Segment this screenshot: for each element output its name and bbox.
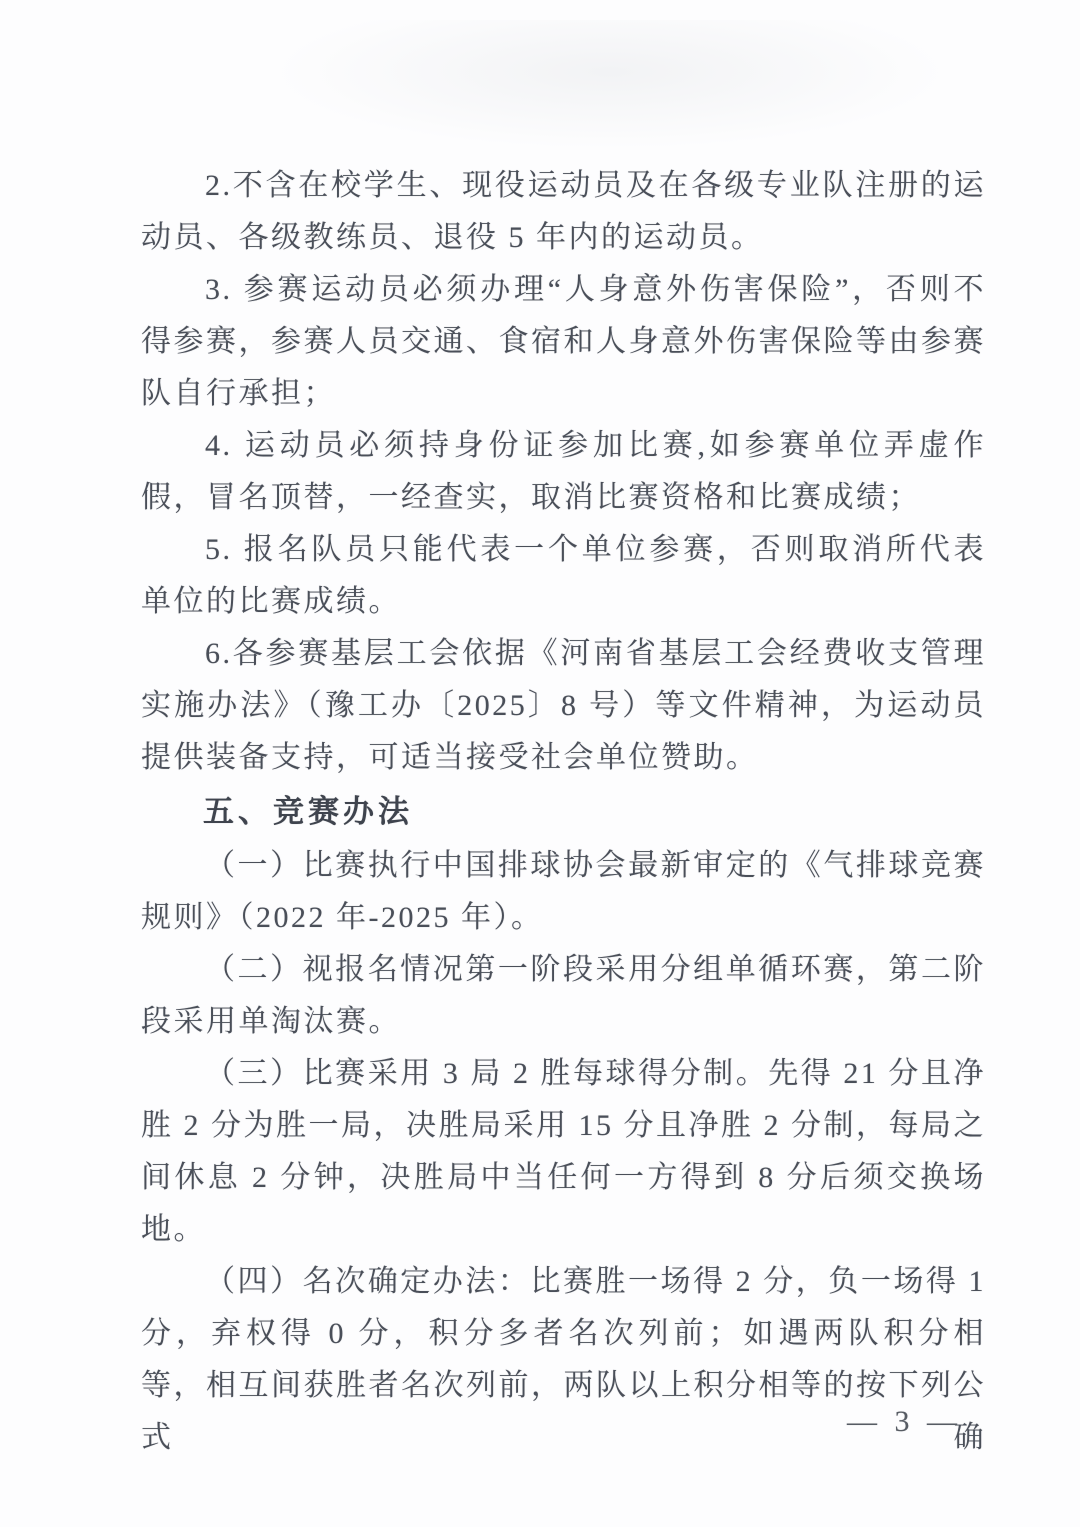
method-2-format: （二）视报名情况第一阶段采用分组单循环赛，第二阶段采用单淘汰赛。 xyxy=(141,944,986,1048)
document-page: 2.不含在校学生、现役运动员及在各级专业队注册的运动员、各级教练员、退役 5 年… xyxy=(0,0,1080,1527)
section-heading-competition-method: 五、竞赛办法 xyxy=(141,784,986,840)
clause-5-single-unit: 5. 报名队员只能代表一个单位参赛，否则取消所代表单位的比赛成绩。 xyxy=(141,524,986,628)
clause-3-insurance: 3. 参赛运动员必须办理“人身意外伤害保险”，否则不得参赛，参赛人员交通、食宿和… xyxy=(141,264,986,420)
clause-4-id-check: 4. 运动员必须持身份证参加比赛,如参赛单位弄虚作假，冒名顶替，一经查实，取消比… xyxy=(141,420,986,524)
document-body: 2.不含在校学生、现役运动员及在各级专业队注册的运动员、各级教练员、退役 5 年… xyxy=(141,160,986,1464)
clause-2-eligibility: 2.不含在校学生、现役运动员及在各级专业队注册的运动员、各级教练员、退役 5 年… xyxy=(141,160,986,264)
page-number: — 3 — xyxy=(847,1404,962,1440)
method-3-scoring: （三）比赛采用 3 局 2 胜每球得分制。先得 21 分且净胜 2 分为胜一局，… xyxy=(141,1048,986,1256)
clause-6-union-funding: 6.各参赛基层工会依据《河南省基层工会经费收支管理实施办法》（豫工办〔2025〕… xyxy=(141,628,986,784)
method-1-rules: （一）比赛执行中国排球协会最新审定的《气排球竞赛规则》（2022 年-2025 … xyxy=(141,840,986,944)
scan-smudge xyxy=(270,20,950,150)
